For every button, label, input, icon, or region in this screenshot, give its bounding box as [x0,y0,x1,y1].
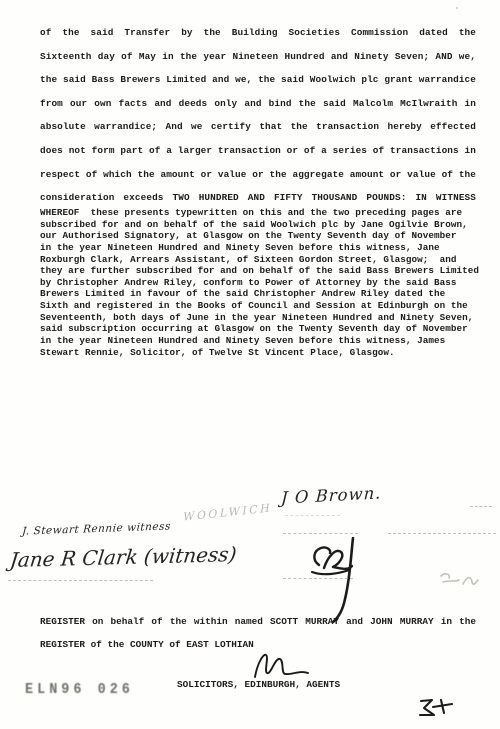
deed-paragraph-warrandice: of the said Transfer by the Building Soc… [40,21,476,210]
clark-witness-signature: Jane R Clark (witness) [9,542,238,572]
text-line: our Authorised Signatory, at Glasgow on … [40,230,486,242]
text-line: does not form part of a larger transacti… [40,139,476,163]
text-line: Roxburgh Clark, Arrears Assistant, of Si… [40,254,486,266]
agents-line: SOLICITORS, EDINBURGH, AGENTS [177,679,340,691]
text-line: Seventeenth, both days of June in the ye… [40,312,486,324]
text-line: WHEREOF these presents typewritten on th… [40,207,486,219]
text-line: in the year Nineteen Hundred and Ninety … [40,335,486,347]
registration-stamp: ELN96 026 [25,683,134,699]
deed-paragraph-testing-clause: WHEREOF these presents typewritten on th… [40,207,486,358]
dotted-line [285,515,340,516]
riley-initials-signature [303,537,369,623]
text-line: said subscription occurring at Glasgow o… [40,323,486,335]
text-line: subscribed for and on behalf of the said… [40,219,486,231]
dotted-line [283,533,358,534]
dotted-line [283,578,353,579]
register-clause-line1: REGISTER on behalf of the within named S… [40,616,476,628]
dotted-line [388,533,496,534]
bottom-right-mark [413,696,459,720]
text-line: absolute warrandice; And we certify that… [40,115,476,139]
dotted-line [8,580,153,581]
text-line: Stewart Rennie, Solicitor, of Twelve St … [40,347,486,359]
text-line: respect of which the amount or value or … [40,163,476,187]
scan-speck [456,7,458,9]
rennie-witness-note: J. Stewart Rennie witness [22,520,172,537]
woolwich-pencil-note: WOOLWICH [183,501,272,523]
scanned-deed-page: of the said Transfer by the Building Soc… [0,0,500,729]
text-line: by Christopher Andrew Riley, conform to … [40,277,486,289]
dotted-line [470,506,492,507]
register-clause-line2: REGISTER of the COUNTY of EAST LOTHIAN [40,639,254,651]
faint-initials-mark [437,568,481,590]
agent-signature-squiggle [249,649,311,683]
text-line: they are further subscribed for and on b… [40,265,486,277]
text-line: Brewers Limited in favour of the said Ch… [40,288,486,300]
text-line: from our own facts and deeds only and bi… [40,92,476,116]
text-line: the said Bass Brewers Limited and we, th… [40,68,476,92]
text-line: in the year Nineteen Hundred and Ninety … [40,242,486,254]
text-line: of the said Transfer by the Building Soc… [40,21,476,45]
text-line: Sixth and registered in the Books of Cou… [40,300,486,312]
text-line: Sixteenth day of May in the year Ninetee… [40,45,476,69]
brown-signature: J O Brown. [281,483,382,507]
